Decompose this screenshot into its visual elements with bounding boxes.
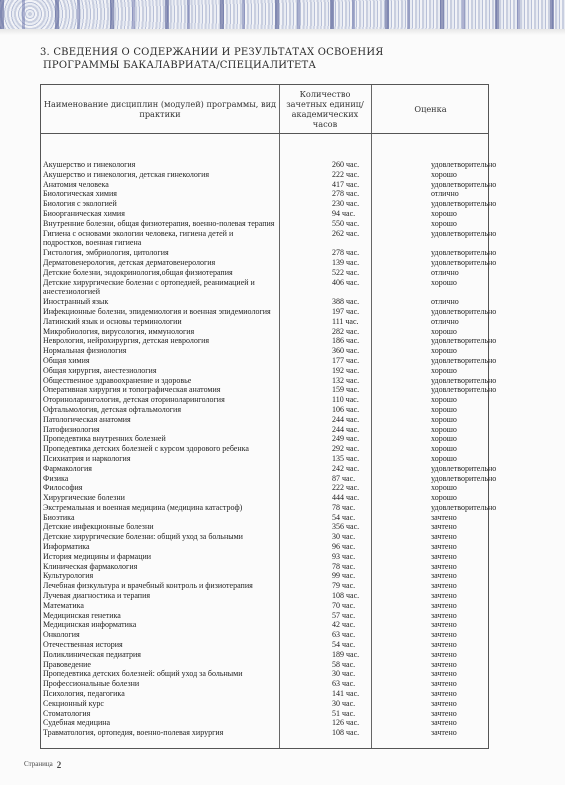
discipline-hours: 262 час.: [332, 229, 359, 239]
discipline-hours: 292 час.: [332, 444, 359, 454]
table-row: Патофизиология244 час.хорошо: [41, 425, 490, 435]
table-row: Детские болезни, эндокринология,общая фи…: [41, 268, 490, 278]
table-row: Физика87 час.удовлетворительно: [41, 474, 490, 484]
table-row: Детские инфекционные болезни356 час.зачт…: [41, 522, 490, 532]
discipline-name: Анатомия человека: [43, 180, 275, 190]
page-label: Страница: [24, 760, 53, 768]
discipline-name: Биоэтика: [43, 513, 275, 523]
discipline-hours: 260 час.: [332, 160, 359, 170]
discipline-hours: 30 час.: [332, 532, 355, 542]
discipline-hours: 244 час.: [332, 415, 359, 425]
discipline-hours: 108 час.: [332, 591, 359, 601]
discipline-grade: зачтено: [431, 669, 457, 679]
discipline-hours: 522 час.: [332, 268, 359, 278]
table-row: Клиническая фармакология78 час.зачтено: [41, 562, 490, 572]
discipline-hours: 159 час.: [332, 385, 359, 395]
discipline-grade: удовлетворительно: [431, 248, 496, 258]
discipline-grade: хорошо: [431, 483, 457, 493]
table-row: Стоматология51 час.зачтено: [41, 709, 490, 719]
discipline-hours: 197 час.: [332, 307, 359, 317]
discipline-hours: 42 час.: [332, 620, 355, 630]
discipline-name: Секционный курс: [43, 699, 275, 709]
section-title: 3. СВЕДЕНИЯ О СОДЕРЖАНИИ И РЕЗУЛЬТАТАХ О…: [40, 47, 384, 72]
discipline-grade: удовлетворительно: [431, 229, 496, 239]
discipline-name: Отечественная история: [43, 640, 275, 650]
table-row: Профессиональные болезни63 час.зачтено: [41, 679, 490, 689]
discipline-name: Физика: [43, 474, 275, 484]
discipline-name: Гигиена с основами экологии человека, ги…: [43, 229, 275, 249]
discipline-hours: 87 час.: [332, 474, 355, 484]
discipline-hours: 550 час.: [332, 219, 359, 229]
discipline-name: Информатика: [43, 542, 275, 552]
discipline-name: Фармакология: [43, 464, 275, 474]
table-row: Пропедевтика внутренних болезней249 час.…: [41, 434, 490, 444]
discipline-hours: 177 час.: [332, 356, 359, 366]
discipline-hours: 388 час.: [332, 297, 359, 307]
discipline-grade: хорошо: [431, 434, 457, 444]
discipline-hours: 79 час.: [332, 581, 355, 591]
discipline-hours: 356 час.: [332, 522, 359, 532]
discipline-hours: 230 час.: [332, 199, 359, 209]
discipline-grade: удовлетворительно: [431, 376, 496, 386]
table-row: Биоорганическая химия94 час.хорошо: [41, 209, 490, 219]
discipline-grade: отлично: [431, 268, 459, 278]
discipline-grade: зачтено: [431, 689, 457, 699]
discipline-hours: 139 час.: [332, 258, 359, 268]
discipline-hours: 51 час.: [332, 709, 355, 719]
table-row: Психология, педагогика141 час.зачтено: [41, 689, 490, 699]
discipline-hours: 54 час.: [332, 513, 355, 523]
discipline-name: Правоведение: [43, 660, 275, 670]
table-row: Акушерство и гинекология, детская гинеко…: [41, 170, 490, 180]
discipline-grade: зачтено: [431, 611, 457, 621]
discipline-hours: 406 час.: [332, 278, 359, 288]
discipline-name: Культурология: [43, 571, 275, 581]
table-row: История медицины и фармации93 час.зачтен…: [41, 552, 490, 562]
table-row: Хирургические болезни444 час.хорошо: [41, 493, 490, 503]
discipline-grade: зачтено: [431, 718, 457, 728]
discipline-name: Судебная медицина: [43, 718, 275, 728]
table-row: Онкология63 час.зачтено: [41, 630, 490, 640]
discipline-grade: зачтено: [431, 630, 457, 640]
discipline-name: Патофизиология: [43, 425, 275, 435]
header-grade: Оценка: [371, 85, 490, 133]
discipline-name: Детские хирургические болезни: общий ухо…: [43, 532, 275, 542]
discipline-grade: удовлетворительно: [431, 199, 496, 209]
discipline-name: Лечебная физкультура и врачебный контрол…: [43, 581, 275, 591]
discipline-grade: удовлетворительно: [431, 160, 496, 170]
discipline-grade: удовлетворительно: [431, 503, 496, 513]
table-row: Психиатрия и наркология135 час.хорошо: [41, 454, 490, 464]
discipline-name: Дерматовенерология, детская дерматовенер…: [43, 258, 275, 268]
table-row: Лечебная физкультура и врачебный контрол…: [41, 581, 490, 591]
discipline-name: Профессиональные болезни: [43, 679, 275, 689]
discipline-grade: отлично: [431, 189, 459, 199]
discipline-grade: хорошо: [431, 444, 457, 454]
discipline-grade: удовлетворительно: [431, 356, 496, 366]
discipline-hours: 132 час.: [332, 376, 359, 386]
discipline-grade: зачтено: [431, 709, 457, 719]
discipline-grade: хорошо: [431, 493, 457, 503]
table-row: Общественное здравоохранение и здоровье1…: [41, 376, 490, 386]
discipline-name: Неврология, нейрохирургия, детская невро…: [43, 336, 275, 346]
discipline-hours: 58 час.: [332, 660, 355, 670]
discipline-name: Латинский язык и основы терминологии: [43, 317, 275, 327]
discipline-name: Микробиология, вирусология, иммунология: [43, 327, 275, 337]
discipline-grade: зачтено: [431, 601, 457, 611]
discipline-grade: зачтено: [431, 522, 457, 532]
discipline-hours: 57 час.: [332, 611, 355, 621]
page-number: 2: [57, 760, 62, 770]
discipline-name: Оториноларингология, детская оторинолари…: [43, 395, 275, 405]
discipline-name: Нормальная физиология: [43, 346, 275, 356]
table-row: Детские хирургические болезни: общий ухо…: [41, 532, 490, 542]
discipline-name: Офтальмология, детская офтальмология: [43, 405, 275, 415]
discipline-grade: зачтено: [431, 620, 457, 630]
discipline-name: Пропедевтика детских болезней с курсом з…: [43, 444, 275, 454]
discipline-hours: 111 час.: [332, 317, 359, 327]
discipline-name: Психология, педагогика: [43, 689, 275, 699]
discipline-grade: удовлетворительно: [431, 474, 496, 484]
table-row: Медицинская генетика57 час.зачтено: [41, 611, 490, 621]
discipline-name: Оперативная хирургия и топографическая а…: [43, 385, 275, 395]
table-row: Пропедевтика детских болезней с курсом з…: [41, 444, 490, 454]
disciplines-table: Наименование дисциплин (модулей) програм…: [40, 84, 489, 749]
table-row: Офтальмология, детская офтальмология106 …: [41, 405, 490, 415]
discipline-name: История медицины и фармации: [43, 552, 275, 562]
discipline-hours: 186 час.: [332, 336, 359, 346]
discipline-hours: 78 час.: [332, 562, 355, 572]
discipline-grade: хорошо: [431, 395, 457, 405]
discipline-hours: 141 час.: [332, 689, 359, 699]
discipline-grade: хорошо: [431, 346, 457, 356]
discipline-name: Иностранный язык: [43, 297, 275, 307]
discipline-hours: 135 час.: [332, 454, 359, 464]
discipline-name: Стоматология: [43, 709, 275, 719]
table-row: Гистология, эмбриология, цитология278 ча…: [41, 248, 490, 258]
table-row: Математика70 час.зачтено: [41, 601, 490, 611]
table-row: Иностранный язык388 час.отлично: [41, 297, 490, 307]
table-row: Травматология, ортопедия, военно-полевая…: [41, 728, 490, 738]
discipline-name: Философия: [43, 483, 275, 493]
discipline-hours: 30 час.: [332, 669, 355, 679]
discipline-name: Патологическая анатомия: [43, 415, 275, 425]
discipline-grade: зачтено: [431, 660, 457, 670]
discipline-grade: удовлетворительно: [431, 385, 496, 395]
discipline-grade: хорошо: [431, 415, 457, 425]
discipline-hours: 444 час.: [332, 493, 359, 503]
discipline-grade: зачтено: [431, 650, 457, 660]
discipline-name: Медицинская информатика: [43, 620, 275, 630]
table-row: Судебная медицина126 час.зачтено: [41, 718, 490, 728]
discipline-hours: 192 час.: [332, 366, 359, 376]
discipline-grade: удовлетворительно: [431, 336, 496, 346]
discipline-name: Травматология, ортопедия, военно-полевая…: [43, 728, 275, 738]
discipline-grade: зачтено: [431, 513, 457, 523]
discipline-hours: 94 час.: [332, 209, 355, 219]
table-row: Экстремальная и военная медицина (медици…: [41, 503, 490, 513]
table-row: Дерматовенерология, детская дерматовенер…: [41, 258, 490, 268]
table-row: Философия222 час.хорошо: [41, 483, 490, 493]
discipline-grade: хорошо: [431, 219, 457, 229]
discipline-hours: 244 час.: [332, 425, 359, 435]
section-title-line-1: 3. СВЕДЕНИЯ О СОДЕРЖАНИИ И РЕЗУЛЬТАТАХ О…: [40, 47, 384, 59]
discipline-grade: зачтено: [431, 679, 457, 689]
discipline-grade: хорошо: [431, 425, 457, 435]
discipline-grade: зачтено: [431, 552, 457, 562]
discipline-name: Медицинская генетика: [43, 611, 275, 621]
table-row: Инфекционные болезни, эпидемиология и во…: [41, 307, 490, 317]
discipline-hours: 282 час.: [332, 327, 359, 337]
discipline-grade: зачтено: [431, 728, 457, 738]
header-discipline: Наименование дисциплин (модулей) програм…: [41, 85, 279, 133]
table-row: Отечественная история54 час.зачтено: [41, 640, 490, 650]
discipline-name: Хирургические болезни: [43, 493, 275, 503]
discipline-hours: 78 час.: [332, 503, 355, 513]
discipline-name: Гистология, эмбриология, цитология: [43, 248, 275, 258]
table-row: Биоэтика54 час.зачтено: [41, 513, 490, 523]
discipline-grade: зачтено: [431, 562, 457, 572]
discipline-name: Детские инфекционные болезни: [43, 522, 275, 532]
discipline-grade: зачтено: [431, 532, 457, 542]
table-row: Анатомия человека417 час.удовлетворитель…: [41, 180, 490, 190]
discipline-hours: 54 час.: [332, 640, 355, 650]
discipline-name: Детские хирургические болезни с ортопеди…: [43, 278, 275, 298]
discipline-grade: зачтено: [431, 571, 457, 581]
discipline-hours: 93 час.: [332, 552, 355, 562]
page-footer: Страница2: [24, 758, 61, 768]
discipline-grade: зачтено: [431, 581, 457, 591]
discipline-name: Лучевая диагностика и терапия: [43, 591, 275, 601]
table-body: Акушерство и гинекология260 час.удовлетв…: [41, 160, 490, 738]
discipline-hours: 360 час.: [332, 346, 359, 356]
discipline-hours: 63 час.: [332, 630, 355, 640]
discipline-grade: хорошо: [431, 366, 457, 376]
table-row: Детские хирургические болезни с ортопеди…: [41, 278, 490, 298]
discipline-hours: 278 час.: [332, 189, 359, 199]
discipline-name: Акушерство и гинекология, детская гинеко…: [43, 170, 275, 180]
discipline-name: Общая хирургия, анестезиология: [43, 366, 275, 376]
discipline-grade: хорошо: [431, 170, 457, 180]
table-row: Латинский язык и основы терминологии111 …: [41, 317, 490, 327]
discipline-name: Психиатрия и наркология: [43, 454, 275, 464]
discipline-grade: зачтено: [431, 542, 457, 552]
discipline-name: Биология с экологией: [43, 199, 275, 209]
discipline-name: Поликлиническая педиатрия: [43, 650, 275, 660]
discipline-name: Клиническая фармакология: [43, 562, 275, 572]
discipline-name: Биологическая химия: [43, 189, 275, 199]
discipline-grade: хорошо: [431, 327, 457, 337]
discipline-grade: удовлетворительно: [431, 180, 496, 190]
table-row: Информатика96 час.зачтено: [41, 542, 490, 552]
discipline-grade: хорошо: [431, 405, 457, 415]
table-row: Внутренние болезни, общая физиотерапия, …: [41, 219, 490, 229]
table-row: Общая хирургия, анестезиология192 час.хо…: [41, 366, 490, 376]
discipline-hours: 222 час.: [332, 170, 359, 180]
table-row: Общая химия177 час.удовлетворительно: [41, 356, 490, 366]
discipline-grade: отлично: [431, 297, 459, 307]
table-row: Медицинская информатика42 час.зачтено: [41, 620, 490, 630]
discipline-name: Акушерство и гинекология: [43, 160, 275, 170]
discipline-name: Пропедевтика внутренних болезней: [43, 434, 275, 444]
discipline-grade: хорошо: [431, 278, 457, 288]
table-row: Поликлиническая педиатрия189 час.зачтено: [41, 650, 490, 660]
discipline-hours: 278 час.: [332, 248, 359, 258]
discipline-grade: зачтено: [431, 699, 457, 709]
section-title-line-2: ПРОГРАММЫ БАКАЛАВРИАТА/СПЕЦИАЛИТЕТА: [40, 60, 384, 72]
table-row: Пропедевтика детских болезней: общий ухо…: [41, 669, 490, 679]
discipline-hours: 63 час.: [332, 679, 355, 689]
table-row: Гигиена с основами экологии человека, ги…: [41, 229, 490, 249]
table-row: Акушерство и гинекология260 час.удовлетв…: [41, 160, 490, 170]
discipline-hours: 70 час.: [332, 601, 355, 611]
discipline-hours: 222 час.: [332, 483, 359, 493]
table-row: Культурология99 час.зачтено: [41, 571, 490, 581]
table-row: Секционный курс30 час.зачтено: [41, 699, 490, 709]
decorative-security-banner: [0, 0, 565, 29]
discipline-name: Общественное здравоохранение и здоровье: [43, 376, 275, 386]
table-row: Биология с экологией230 час.удовлетворит…: [41, 199, 490, 209]
discipline-grade: хорошо: [431, 454, 457, 464]
discipline-hours: 242 час.: [332, 464, 359, 474]
table-row: Микробиология, вирусология, иммунология2…: [41, 327, 490, 337]
discipline-hours: 249 час.: [332, 434, 359, 444]
discipline-name: Онкология: [43, 630, 275, 640]
table-row: Правоведение58 час.зачтено: [41, 660, 490, 670]
discipline-hours: 30 час.: [332, 699, 355, 709]
table-row: Патологическая анатомия244 час.хорошо: [41, 415, 490, 425]
discipline-name: Общая химия: [43, 356, 275, 366]
discipline-grade: удовлетворительно: [431, 258, 496, 268]
discipline-hours: 417 час.: [332, 180, 359, 190]
header-credits: Количество зачетных единиц/ академически…: [279, 85, 371, 133]
discipline-name: Экстремальная и военная медицина (медици…: [43, 503, 275, 513]
discipline-hours: 106 час.: [332, 405, 359, 415]
discipline-hours: 110 час.: [332, 395, 359, 405]
discipline-name: Математика: [43, 601, 275, 611]
table-row: Нормальная физиология360 час.хорошо: [41, 346, 490, 356]
banner-shadow: [0, 29, 565, 35]
discipline-name: Биоорганическая химия: [43, 209, 275, 219]
discipline-name: Пропедевтика детских болезней: общий ухо…: [43, 669, 275, 679]
discipline-grade: хорошо: [431, 209, 457, 219]
discipline-name: Детские болезни, эндокринология,общая фи…: [43, 268, 275, 278]
discipline-hours: 126 час.: [332, 718, 359, 728]
discipline-hours: 189 час.: [332, 650, 359, 660]
table-row: Фармакология242 час.удовлетворительно: [41, 464, 490, 474]
table-row: Оториноларингология, детская оторинолари…: [41, 395, 490, 405]
discipline-name: Внутренние болезни, общая физиотерапия, …: [43, 219, 275, 229]
discipline-grade: удовлетворительно: [431, 307, 496, 317]
header-divider: [41, 133, 488, 134]
discipline-grade: зачтено: [431, 591, 457, 601]
table-row: Неврология, нейрохирургия, детская невро…: [41, 336, 490, 346]
discipline-hours: 108 час.: [332, 728, 359, 738]
discipline-grade: удовлетворительно: [431, 464, 496, 474]
table-row: Оперативная хирургия и топографическая а…: [41, 385, 490, 395]
discipline-grade: отлично: [431, 317, 459, 327]
discipline-hours: 99 час.: [332, 571, 355, 581]
table-row: Биологическая химия278 час.отлично: [41, 189, 490, 199]
discipline-hours: 96 час.: [332, 542, 355, 552]
discipline-grade: зачтено: [431, 640, 457, 650]
discipline-name: Инфекционные болезни, эпидемиология и во…: [43, 307, 275, 317]
table-row: Лучевая диагностика и терапия108 час.зач…: [41, 591, 490, 601]
